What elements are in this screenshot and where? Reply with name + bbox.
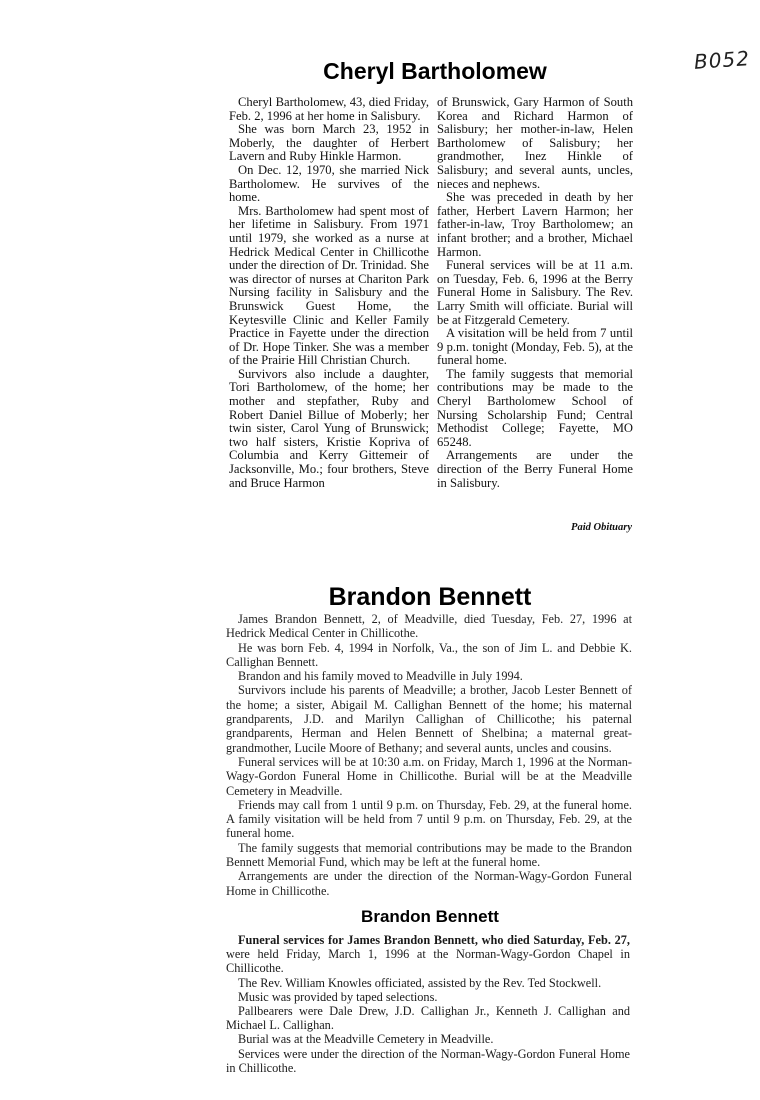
paragraph: The family suggests that memorial contri… xyxy=(437,368,633,450)
paragraph: Funeral services will be at 10:30 a.m. o… xyxy=(226,755,632,798)
paragraph: She was preceded in death by her father,… xyxy=(437,191,633,259)
paragraph: Brandon and his family moved to Meadvill… xyxy=(226,669,632,683)
paragraph: Funeral services will be at 11 a.m. on T… xyxy=(437,259,633,327)
obituary-title: Brandon Bennett xyxy=(220,583,640,612)
paragraph: Survivors also include a daughter, Tori … xyxy=(229,368,429,490)
paid-obituary-label: Paid Obituary xyxy=(571,522,632,533)
paragraph: On Dec. 12, 1970, she married Nick Barth… xyxy=(229,164,429,205)
paragraph: Cheryl Bartholomew, 43, died Friday, Feb… xyxy=(229,96,429,123)
paragraph: Mrs. Bartholomew had spent most of her l… xyxy=(229,205,429,368)
obituary-left-column: Cheryl Bartholomew, 43, died Friday, Feb… xyxy=(229,96,429,490)
paragraph: Pallbearers were Dale Drew, J.D. Calligh… xyxy=(226,1004,630,1032)
paragraph: Funeral services for James Brandon Benne… xyxy=(226,933,630,976)
paragraph: James Brandon Bennett, 2, of Meadville, … xyxy=(226,612,632,641)
paragraph: Services were under the direction of the… xyxy=(226,1047,630,1075)
paragraph: Arrangements are under the direction of … xyxy=(226,869,632,898)
paragraph: The Rev. William Knowles officiated, ass… xyxy=(226,976,630,990)
paragraph: Music was provided by taped selections. xyxy=(226,990,630,1004)
obituary-title: Cheryl Bartholomew xyxy=(230,58,640,85)
obituary-body: Funeral services for James Brandon Benne… xyxy=(226,933,630,1075)
paragraph: Arrangements are under the direction of … xyxy=(437,449,633,490)
handwritten-archive-code: B052 xyxy=(693,46,750,74)
paragraph: Friends may call from 1 until 9 p.m. on … xyxy=(226,798,632,841)
paragraph: He was born Feb. 4, 1994 in Norfolk, Va.… xyxy=(226,641,632,670)
paragraph: Survivors include his parents of Meadvil… xyxy=(226,683,632,754)
obituary-body: James Brandon Bennett, 2, of Meadville, … xyxy=(226,612,632,898)
paragraph: Burial was at the Meadville Cemetery in … xyxy=(226,1032,630,1046)
paragraph: She was born March 23, 1952 in Moberly, … xyxy=(229,123,429,164)
paragraph: A visitation will be held from 7 until 9… xyxy=(437,327,633,368)
paragraph: of Brunswick, Gary Harmon of South Korea… xyxy=(437,96,633,191)
paragraph: The family suggests that memorial contri… xyxy=(226,841,632,870)
obituary-title: Brandon Bennett xyxy=(220,907,640,927)
obituary-right-column: of Brunswick, Gary Harmon of South Korea… xyxy=(437,96,633,490)
scanned-newspaper-page: B052 Cheryl Bartholomew Cheryl Bartholom… xyxy=(0,0,760,1100)
